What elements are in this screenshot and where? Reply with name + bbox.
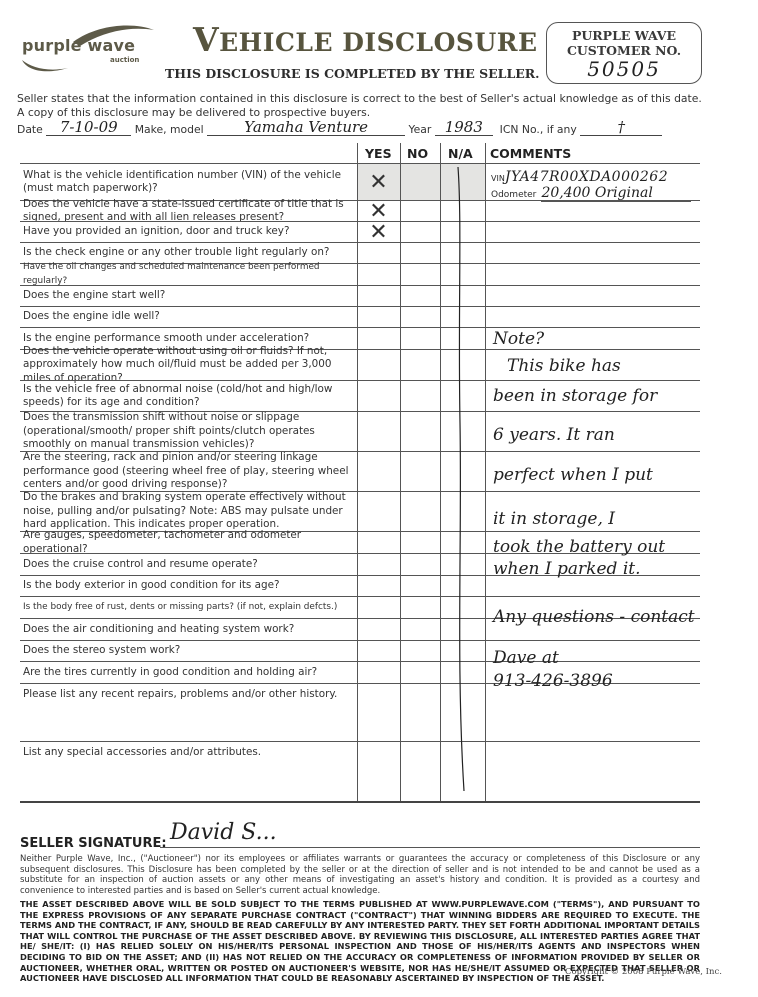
copyright: Copyright © 2008 Purple Wave, Inc. [565, 967, 722, 977]
answer-no-checkbox[interactable] [400, 532, 440, 553]
handwritten-comment: This bike has [507, 356, 621, 376]
answer-yes-checkbox[interactable] [357, 662, 400, 683]
question-text: Does the vehicle operate without using o… [23, 350, 355, 380]
na-column-strike-icon [452, 163, 472, 801]
question-text: Does the stereo system work? [23, 641, 355, 661]
question-text: Does the vehicle have a state-issued cer… [23, 201, 355, 221]
table-row: Does the engine start well? [20, 285, 700, 306]
col-no: NO [407, 146, 428, 161]
signature-label: SELLER SIGNATURE: [20, 836, 167, 851]
table-row: List any special accessories and/or attr… [20, 741, 700, 801]
answer-no-checkbox[interactable] [400, 264, 440, 285]
question-text: Does the transmission shift without nois… [23, 412, 355, 451]
seller-signature-section: SELLER SIGNATURE: David S... [20, 832, 700, 851]
answer-yes-checkbox[interactable] [357, 576, 400, 596]
question-text: Does the engine start well? [23, 286, 355, 306]
handwritten-comment: perfect when I put [493, 465, 653, 485]
answer-no-checkbox[interactable] [400, 412, 440, 451]
year-label: Year [409, 123, 432, 136]
comment-cell[interactable] [485, 576, 700, 596]
col-yes: YES [365, 146, 392, 161]
table-row: What is the vehicle identification numbe… [20, 163, 700, 200]
handwritten-comment: Note? [493, 329, 544, 349]
answer-yes-checkbox[interactable] [357, 264, 400, 285]
handwritten-comment: 913-426-3896 [493, 671, 613, 691]
customer-box-label: PURPLE WAVE CUSTOMER NO. [547, 28, 701, 58]
answer-yes-checkbox[interactable] [357, 532, 400, 553]
question-text: Does the air conditioning and heating sy… [23, 619, 355, 640]
question-text: List any special accessories and/or attr… [23, 742, 355, 801]
answer-no-checkbox[interactable] [400, 452, 440, 491]
question-text: Does the cruise control and resume opera… [23, 554, 355, 575]
answer-yes-checkbox[interactable] [357, 286, 400, 306]
answer-yes-checkbox[interactable] [357, 554, 400, 575]
handwritten-comment: took the battery out [493, 537, 665, 557]
icn-label: ICN No., if any [500, 123, 577, 136]
answer-no-checkbox[interactable] [400, 328, 440, 349]
question-text: Is the vehicle free of abnormal noise (c… [23, 381, 355, 411]
question-text: Are the tires currently in good conditio… [23, 662, 355, 683]
icn-field[interactable]: † [580, 119, 662, 136]
date-field[interactable]: 7-10-09 [46, 119, 131, 136]
comment-cell[interactable] [485, 684, 700, 741]
answer-no-checkbox[interactable] [400, 742, 440, 801]
answer-yes-checkbox[interactable] [357, 243, 400, 263]
answer-no-checkbox[interactable] [400, 619, 440, 640]
answer-no-checkbox[interactable] [400, 201, 440, 221]
logo-wordmark: purple wave [22, 36, 135, 55]
answer-no-checkbox[interactable] [400, 492, 440, 531]
handwritten-comment: been in storage for [493, 386, 657, 406]
question-text: Is the body free of rust, dents or missi… [23, 597, 355, 618]
comment-cell[interactable] [485, 742, 700, 801]
page-title: VEHICLE DISCLOSURE [193, 20, 538, 59]
comment-cell[interactable] [485, 286, 700, 306]
customer-number-box: PURPLE WAVE CUSTOMER NO. 50505 [546, 22, 702, 84]
comment-cell[interactable] [485, 201, 700, 221]
answer-yes-checkbox[interactable] [357, 492, 400, 531]
table-row: Does the vehicle have a state-issued cer… [20, 200, 700, 221]
handwritten-comment: Dave at [493, 648, 559, 668]
table-row: Does the engine idle well? [20, 306, 700, 327]
answer-no-checkbox[interactable] [400, 222, 440, 242]
answer-no-checkbox[interactable] [400, 350, 440, 380]
table-row: Have the oil changes and scheduled maint… [20, 263, 700, 285]
handwritten-comment: when I parked it. [493, 559, 641, 579]
disclaimer-text: Neither Purple Wave, Inc., ("Auctioneer"… [20, 854, 700, 896]
page-subtitle: THIS DISCLOSURE IS COMPLETED BY THE SELL… [165, 66, 540, 81]
answer-yes-checkbox[interactable]: ✕ [357, 201, 400, 221]
purple-wave-logo: purple wave auction [18, 22, 158, 74]
answer-no-checkbox[interactable] [400, 307, 440, 327]
comment-cell[interactable] [485, 243, 700, 263]
comment-cell[interactable]: VINJYA47R00XDA000262Odometer 20,400 Orig… [485, 164, 700, 200]
table-row: Please list any recent repairs, problems… [20, 683, 700, 741]
question-text: Are the steering, rack and pinion and/or… [23, 452, 355, 491]
logo-subtext: auction [110, 56, 139, 64]
handwritten-comment: 6 years. It ran [493, 425, 615, 445]
answer-yes-checkbox[interactable]: ✕ [357, 222, 400, 242]
handwritten-comment: Any questions - contact [493, 607, 695, 627]
date-label: Date [17, 123, 43, 136]
answer-yes-checkbox[interactable] [357, 742, 400, 801]
question-text: Do the brakes and braking system operate… [23, 492, 355, 531]
answer-no-checkbox[interactable] [400, 164, 440, 200]
table-row: Have you provided an ignition, door and … [20, 221, 700, 242]
odometer-label: Odometer [491, 190, 536, 200]
question-text: Is the check engine or any other trouble… [23, 243, 355, 263]
col-comments: COMMENTS [490, 146, 571, 161]
answer-no-checkbox[interactable] [400, 554, 440, 575]
customer-number-field[interactable]: 50505 [547, 57, 701, 81]
answer-yes-checkbox[interactable] [357, 381, 400, 411]
answer-yes-checkbox[interactable]: ✕ [357, 164, 400, 200]
question-text: What is the vehicle identification numbe… [23, 164, 355, 200]
answer-yes-checkbox[interactable] [357, 452, 400, 491]
answer-yes-checkbox[interactable] [357, 641, 400, 661]
question-text: Does the engine idle well? [23, 307, 355, 327]
question-text: Have the oil changes and scheduled maint… [23, 264, 355, 285]
answer-no-checkbox[interactable] [400, 576, 440, 596]
answer-yes-checkbox[interactable] [357, 684, 400, 741]
answer-yes-checkbox[interactable] [357, 307, 400, 327]
question-text: Are gauges, speedometer, tachometer and … [23, 532, 355, 553]
question-text: Have you provided an ignition, door and … [23, 222, 355, 242]
make-model-field[interactable]: Yamaha Venture [207, 119, 405, 136]
table-header: YES NO N/A COMMENTS [20, 143, 700, 163]
intro-statement: Seller states that the information conta… [17, 92, 702, 120]
answer-no-checkbox[interactable] [400, 684, 440, 741]
question-text: Is the body exterior in good condition f… [23, 576, 355, 596]
answer-no-checkbox[interactable] [400, 381, 440, 411]
year-field[interactable]: 1983 [435, 119, 493, 136]
answer-yes-checkbox[interactable] [357, 350, 400, 380]
comment-cell[interactable] [485, 307, 700, 327]
disclosure-table: YES NO N/A COMMENTS What is the vehicle … [20, 143, 700, 801]
answer-no-checkbox[interactable] [400, 243, 440, 263]
answer-no-checkbox[interactable] [400, 597, 440, 618]
answer-yes-checkbox[interactable] [357, 619, 400, 640]
vehicle-meta-line: Date 7-10-09 Make, model Yamaha Venture … [17, 119, 662, 136]
comment-cell[interactable] [485, 264, 700, 285]
answer-yes-checkbox[interactable] [357, 412, 400, 451]
handwritten-comment: it in storage, I [493, 509, 615, 529]
answer-yes-checkbox[interactable] [357, 328, 400, 349]
answer-yes-checkbox[interactable] [357, 597, 400, 618]
answer-no-checkbox[interactable] [400, 641, 440, 661]
answer-no-checkbox[interactable] [400, 662, 440, 683]
col-na: N/A [448, 146, 473, 161]
make-model-label: Make, model [135, 123, 204, 136]
table-row: Does the stereo system work? [20, 640, 700, 661]
comment-cell[interactable] [485, 222, 700, 242]
signature-value: David S... [170, 820, 277, 845]
table-row: Is the check engine or any other trouble… [20, 242, 700, 263]
answer-no-checkbox[interactable] [400, 286, 440, 306]
question-text: Please list any recent repairs, problems… [23, 684, 355, 741]
